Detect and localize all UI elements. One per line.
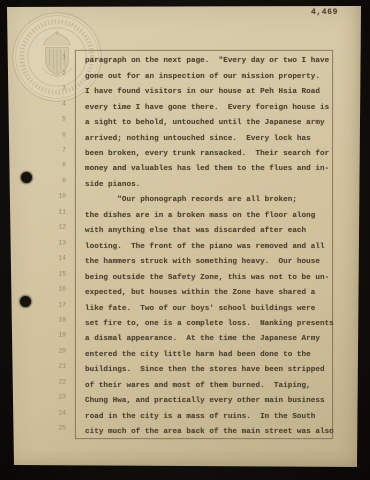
line-text: road in the city is a mass of ruins. In … [85, 410, 315, 425]
line-text: money and valuables has led them to the … [85, 162, 329, 177]
line-text: the dishes are in a broken mass on the f… [85, 209, 315, 224]
line-text: the hammers struck with something heavy.… [85, 255, 320, 270]
line-text: gone out for an inspection of our missio… [85, 70, 320, 85]
document-page: 4,469 1paragraph on the next page. "Ever… [0, 0, 370, 480]
line-number: 17 [48, 297, 66, 312]
line-number: 24 [48, 405, 66, 420]
line-text: "Our phonograph records are all broken; [85, 193, 297, 208]
page-clip: 4,469 1paragraph on the next page. "Ever… [0, 0, 370, 480]
typed-line: 25city much of the area back of the main… [0, 425, 370, 440]
line-number: 10 [48, 189, 66, 204]
line-text: arrived; nothing untouched since. Every … [85, 132, 311, 147]
line-number: 15 [48, 266, 66, 281]
line-number: 21 [48, 359, 66, 374]
line-number: 9 [48, 173, 66, 188]
line-number: 16 [48, 282, 66, 297]
photo-background: 4,469 1paragraph on the next page. "Ever… [0, 0, 370, 480]
line-number: 25 [48, 421, 66, 436]
typed-lines: 1paragraph on the next page. "Every day … [0, 0, 370, 480]
line-text: been broken, every trunk ransacked. Thei… [85, 147, 329, 162]
line-number: 7 [48, 143, 66, 158]
line-number: 11 [48, 204, 66, 219]
line-number: 14 [48, 251, 66, 266]
line-text: city much of the area back of the main s… [85, 425, 334, 440]
line-text: looting. The front of the piano was remo… [85, 240, 325, 255]
line-number: 2 [48, 65, 66, 80]
line-text: being outside the Safety Zone, this was … [85, 271, 329, 286]
line-number: 13 [48, 235, 66, 250]
line-number: 19 [48, 328, 66, 343]
line-number: 4 [48, 96, 66, 111]
line-text: expected, but houses within the Zone hav… [85, 286, 315, 301]
line-text: entered the city little harm had been do… [85, 348, 311, 363]
line-text: side pianos. [85, 178, 140, 193]
line-number: 3 [48, 81, 66, 96]
line-number: 5 [48, 112, 66, 127]
line-text: of their wares and most of them burned. … [85, 379, 311, 394]
line-text: a sight to behold, untouched until the J… [85, 116, 325, 131]
line-number: 1 [48, 50, 66, 65]
line-number: 22 [48, 374, 66, 389]
line-number: 18 [48, 312, 66, 327]
line-number: 8 [48, 158, 66, 173]
line-text: a dismal appearance. At the time the Jap… [85, 332, 320, 347]
line-text: like fate. Two of our boys' school build… [85, 302, 315, 317]
line-text: buildings. Since then the stores have be… [85, 363, 325, 378]
line-text: Chung Hwa, and practically every other m… [85, 394, 325, 409]
line-number: 6 [48, 127, 66, 142]
line-text: with anything else that was discarded af… [85, 224, 306, 239]
line-number: 23 [48, 390, 66, 405]
line-number: 20 [48, 343, 66, 358]
line-text: every time I have gone there. Every fore… [85, 101, 329, 116]
line-text: paragraph on the next page. "Every day o… [85, 54, 329, 69]
line-text: I have found visitors in our house at Pe… [85, 85, 320, 100]
line-number: 12 [48, 220, 66, 235]
line-text: set fire to, one is a complete loss. Nan… [85, 317, 334, 332]
